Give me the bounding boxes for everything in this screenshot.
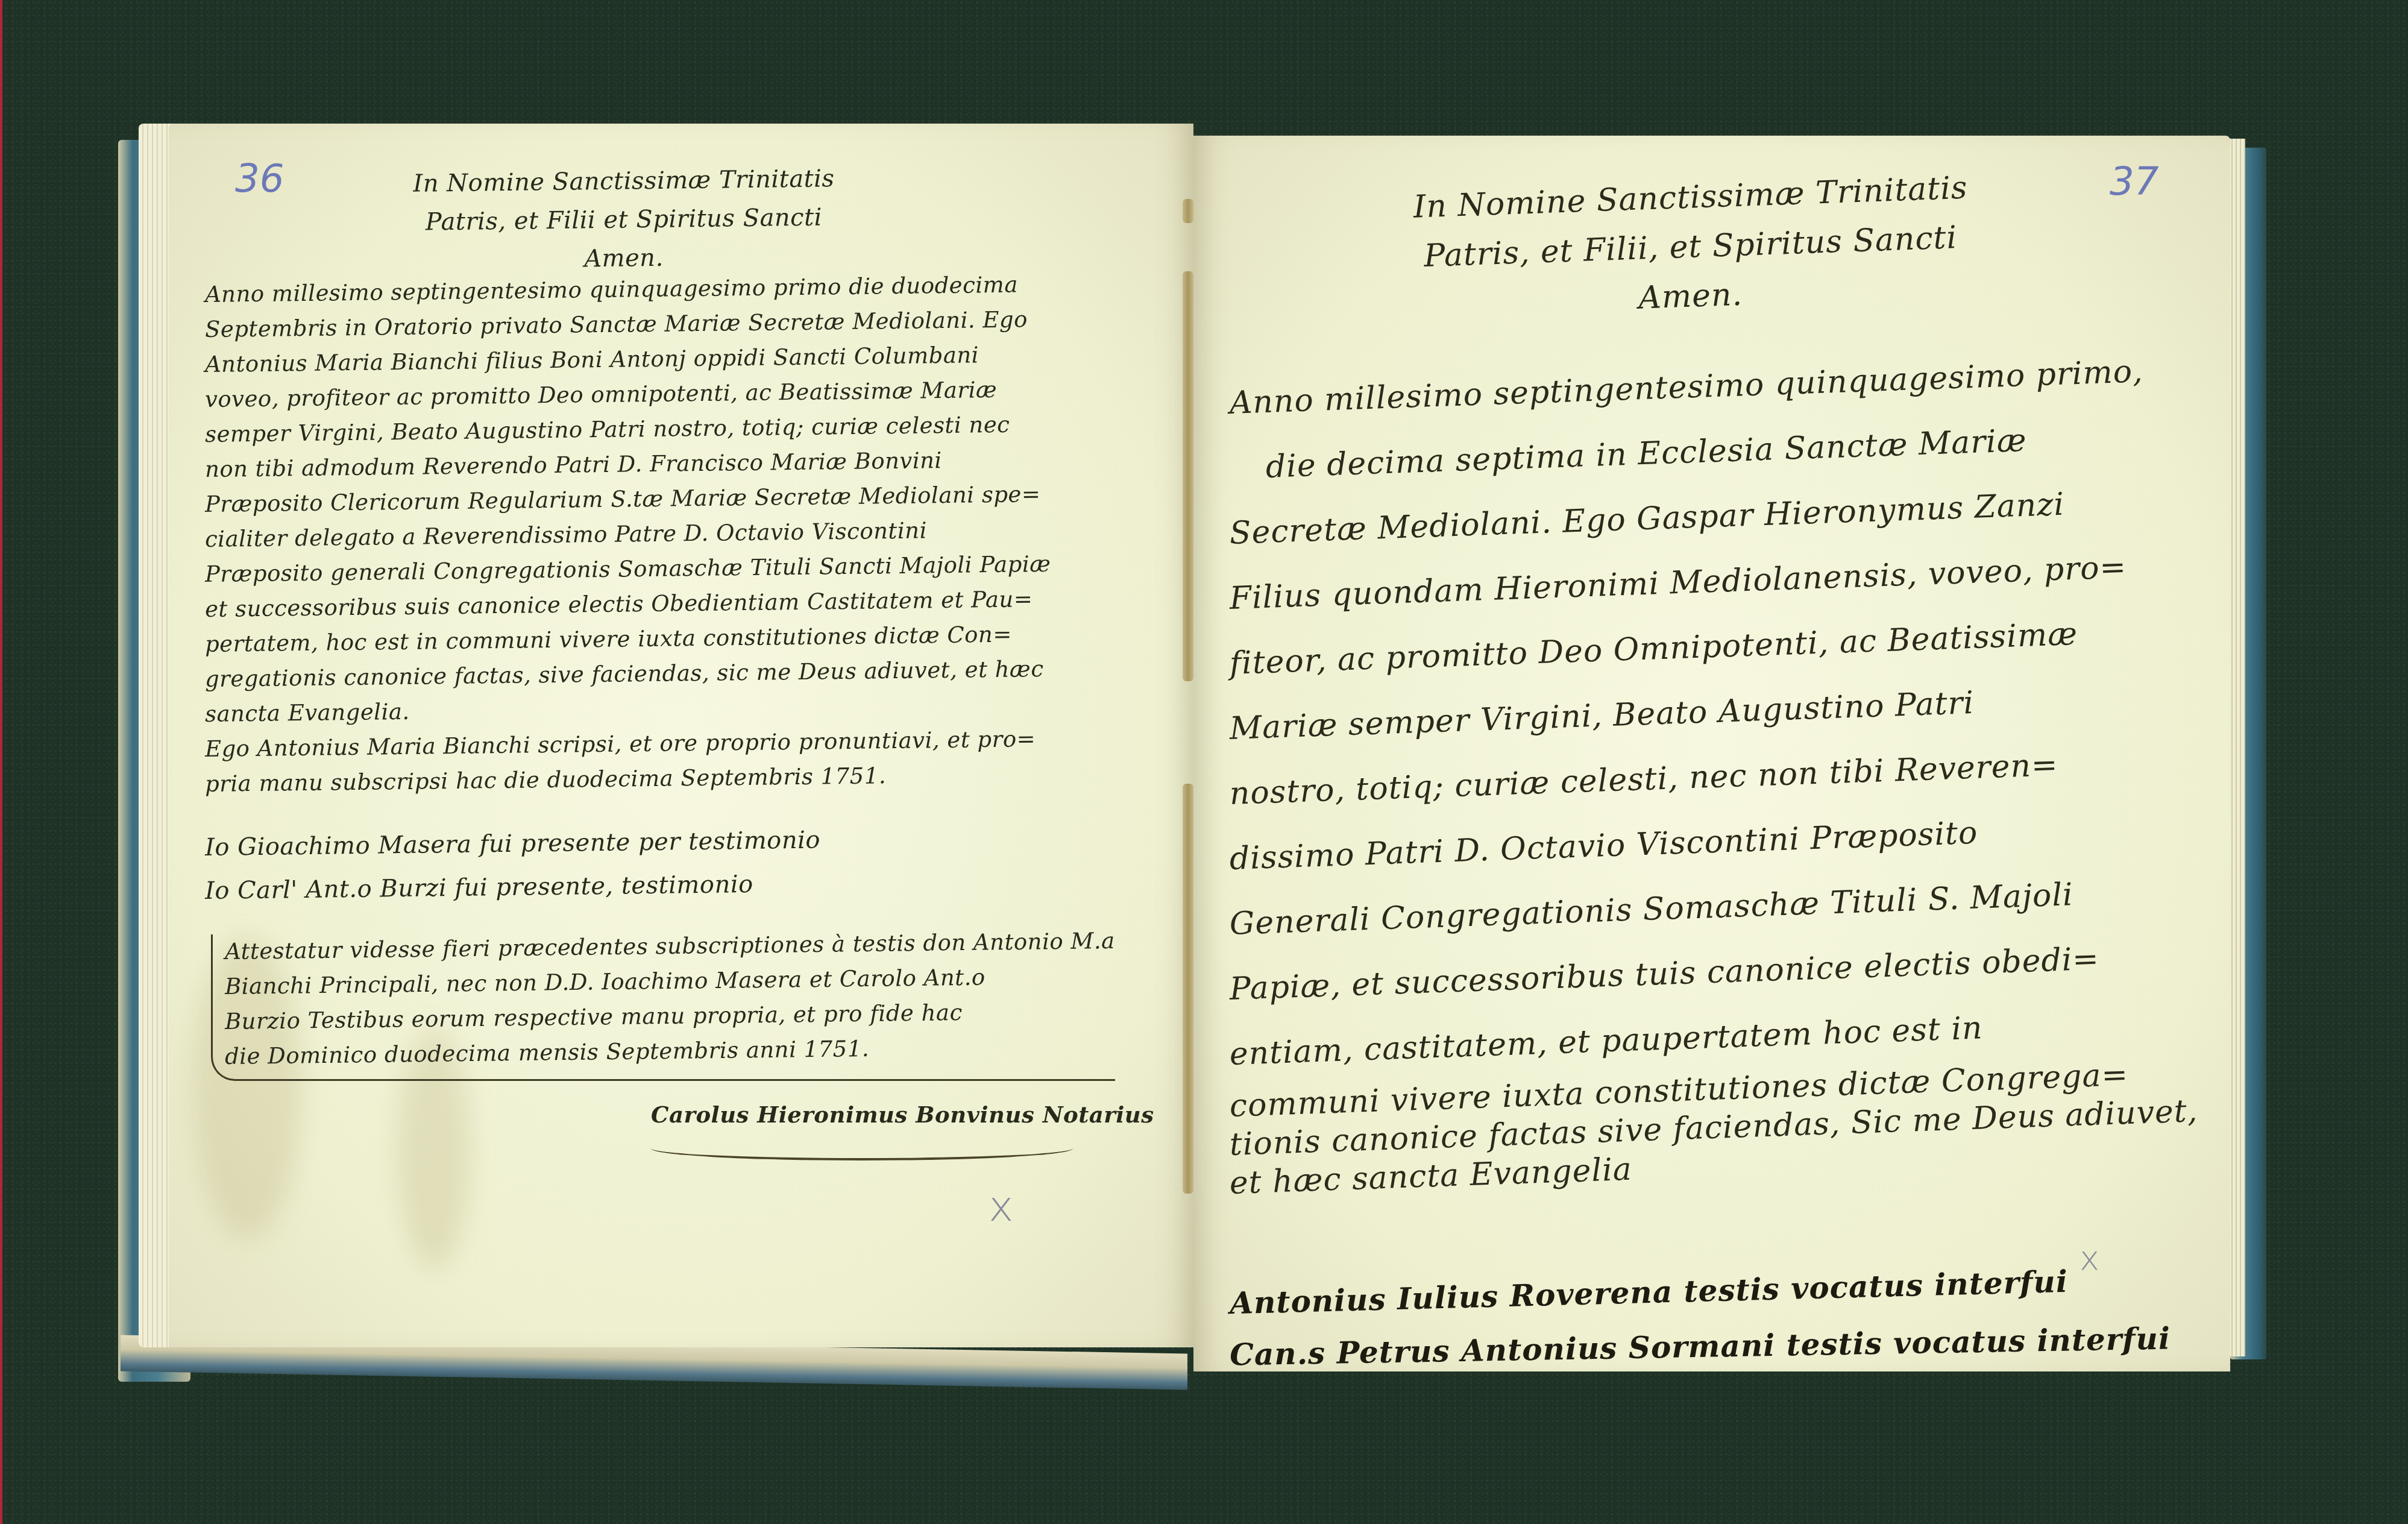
gutter-binding (1183, 1133, 1193, 1157)
pencil-mark: x (989, 1182, 1013, 1231)
pencil-mark: x (2079, 1239, 2099, 1278)
notarial-attestation: Attestatur videsse fieri præcedentes sub… (211, 934, 1115, 1081)
vow-text: Anno millesimo septingentesimo quinquage… (205, 277, 1051, 802)
witness-line: Io Carl' Ant.o Burzi fui presente, testi… (205, 862, 821, 913)
folio-number: 37 (2110, 160, 2158, 204)
gutter-binding (1183, 199, 1193, 223)
vow-text: Anno millesimo septingentesimo quinquage… (1230, 371, 2198, 1203)
gutter-binding (1183, 784, 1193, 1194)
signature-flourish (651, 1136, 1073, 1160)
folio-number: 36 (235, 157, 284, 201)
left-page: 36 In Nomine Sanctissimæ Trinitatis Patr… (169, 124, 1193, 1347)
witness-lines: Io Gioachimo Masera fui presente per tes… (205, 826, 820, 913)
gutter-binding (1183, 271, 1193, 681)
witness-line: Io Gioachimo Masera fui presente per tes… (205, 819, 821, 869)
invocation-heading: In Nomine Sanctissimæ Trinitatis Patris,… (1374, 184, 2007, 332)
scan-edge-marker (0, 0, 2, 1524)
notary-signature: Carolus Hieronimus Bonvinus Notarius (651, 1097, 1154, 1132)
invocation-heading: In Nomine Sanctissimæ Trinitatis Patris,… (307, 166, 940, 282)
right-page: 37 In Nomine Sanctissimæ Trinitatis Patr… (1193, 136, 2230, 1371)
